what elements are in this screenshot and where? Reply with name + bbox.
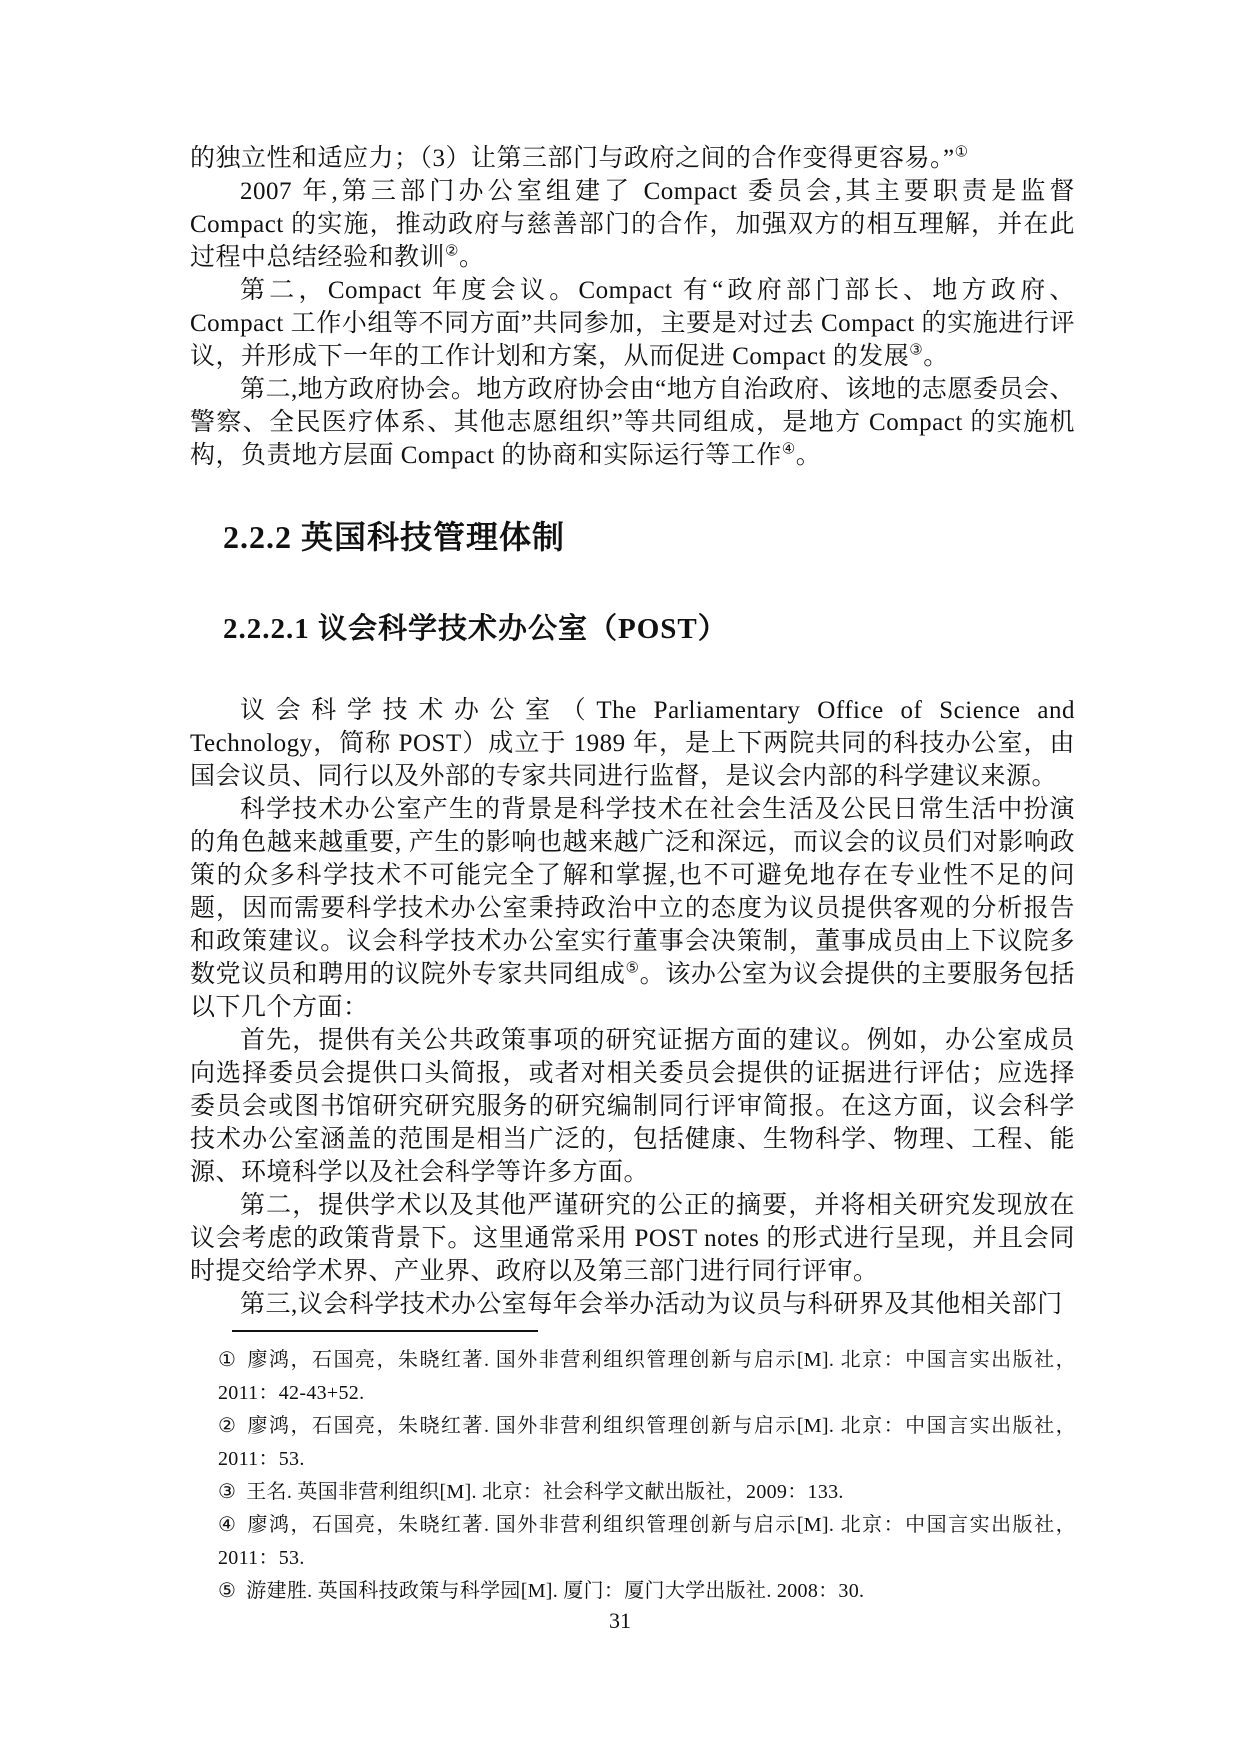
footnote-ref: ③ [909, 343, 923, 359]
footnote-text: 廖鸿，石国亮，朱晓红著. 国外非营利组织管理创新与启示[M]. 北京：中国言实出… [218, 1349, 1076, 1404]
footnote-item: ②廖鸿，石国亮，朱晓红著. 国外非营利组织管理创新与启示[M]. 北京：中国言实… [218, 1410, 1076, 1476]
footnote-ref: ④ [782, 442, 796, 458]
footnote-marker: ② [218, 1415, 237, 1437]
paragraph: 第二,地方政府协会。地方政府协会由“地方自治政府、该地的志愿委员会、警察、全民医… [190, 373, 1075, 472]
footnote-ref: ① [955, 145, 969, 161]
footnote-separator [232, 1330, 538, 1332]
body-content: 的独立性和适应力；（3）让第三部门与政府之间的合作变得更容易。”①2007 年,… [190, 142, 1075, 1321]
document-page: 的独立性和适应力；（3）让第三部门与政府之间的合作变得更容易。”①2007 年,… [0, 0, 1240, 1753]
footnote-marker: ③ [218, 1481, 236, 1503]
footnote-marker: ④ [218, 1514, 237, 1536]
footnote-text: 王名. 英国非营利组织[M]. 北京：社会科学文献出版社，2009：133. [246, 1481, 844, 1503]
paragraph: 2007 年,第三部门办公室组建了 Compact 委员会,其主要职责是监督 C… [190, 175, 1075, 274]
paragraph: 第二，Compact 年度会议。Compact 有“政府部门部长、地方政府、Co… [190, 274, 1075, 373]
footnote-text: 廖鸿，石国亮，朱晓红著. 国外非营利组织管理创新与启示[M]. 北京：中国言实出… [218, 1514, 1076, 1569]
footnote-text: 廖鸿，石国亮，朱晓红著. 国外非营利组织管理创新与启示[M]. 北京：中国言实出… [218, 1415, 1076, 1470]
paragraph: 第三,议会科学技术办公室每年会举办活动为议员与科研界及其他相关部门 [190, 1288, 1075, 1321]
footnote-ref: ② [445, 244, 459, 260]
footnote-item: ①廖鸿，石国亮，朱晓红著. 国外非营利组织管理创新与启示[M]. 北京：中国言实… [218, 1344, 1076, 1410]
footnote-marker: ① [218, 1349, 237, 1371]
page-number: 31 [0, 1608, 1240, 1634]
footnote-item: ④廖鸿，石国亮，朱晓红著. 国外非营利组织管理创新与启示[M]. 北京：中国言实… [218, 1509, 1076, 1575]
footnote-item: ⑤游建胜. 英国科技政策与科学园[M]. 厦门：厦门大学出版社. 2008：30… [218, 1575, 1076, 1608]
section-heading: 2.2.2 英国科技管理体制 [223, 516, 1075, 558]
paragraph: 首先，提供有关公共政策事项的研究证据方面的建议。例如，办公室成员向选择委员会提供… [190, 1024, 1075, 1189]
subsection-heading: 2.2.2.1 议会科学技术办公室（POST） [223, 608, 1075, 650]
footnote-text: 游建胜. 英国科技政策与科学园[M]. 厦门：厦门大学出版社. 2008：30. [246, 1580, 864, 1602]
paragraph: 议会科学技术办公室（The Parliamentary Office of Sc… [190, 694, 1075, 793]
paragraph: 第二，提供学术以及其他严谨研究的公正的摘要，并将相关研究发现放在议会考虑的政策背… [190, 1189, 1075, 1288]
footnote-ref: ⑤ [626, 961, 640, 977]
footnote-item: ③王名. 英国非营利组织[M]. 北京：社会科学文献出版社，2009：133. [218, 1476, 1076, 1509]
footnotes: ①廖鸿，石国亮，朱晓红著. 国外非营利组织管理创新与启示[M]. 北京：中国言实… [218, 1344, 1076, 1608]
footnote-marker: ⑤ [218, 1580, 236, 1602]
paragraph: 科学技术办公室产生的背景是科学技术在社会生活及公民日常生活中扮演的角色越来越重要… [190, 793, 1075, 1024]
paragraph: 的独立性和适应力；（3）让第三部门与政府之间的合作变得更容易。”① [190, 142, 1075, 175]
